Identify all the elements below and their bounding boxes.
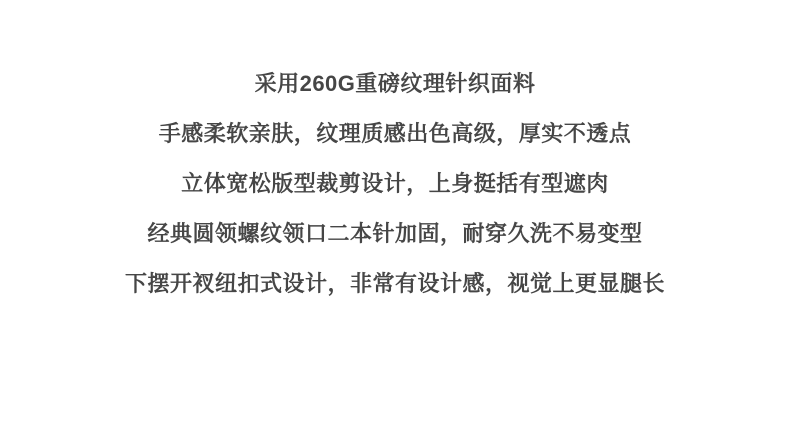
- description-line-fabric: 采用260G重磅纹理针织面料: [0, 59, 790, 109]
- description-line-fit: 立体宽松版型裁剪设计，上身挺括有型遮肉: [0, 159, 790, 209]
- description-line-collar: 经典圆领螺纹领口二本针加固，耐穿久洗不易变型: [0, 209, 790, 259]
- product-description-block: 采用260G重磅纹理针织面料 手感柔软亲肤，纹理质感出色高级，厚实不透点 立体宽…: [0, 0, 790, 309]
- description-line-hem: 下摆开衩纽扣式设计，非常有设计感，视觉上更显腿长: [0, 259, 790, 309]
- description-line-feel: 手感柔软亲肤，纹理质感出色高级，厚实不透点: [0, 109, 790, 159]
